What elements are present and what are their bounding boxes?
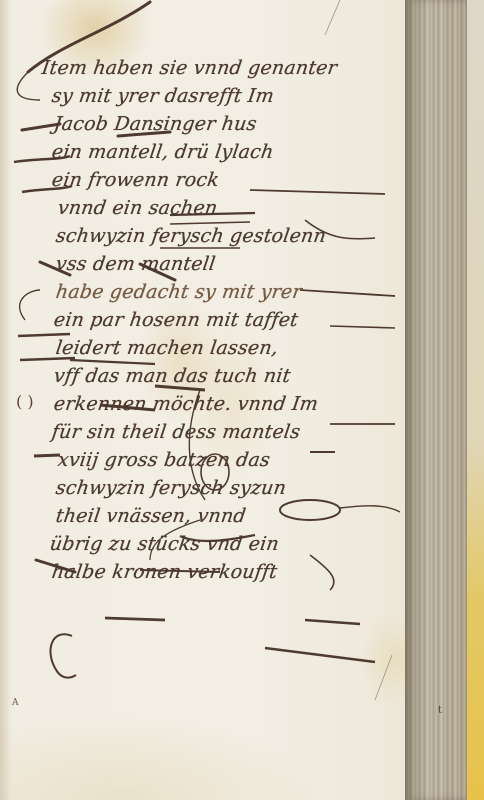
gutter-shadow (0, 0, 10, 800)
text-line: leidert machen lassen, (54, 334, 408, 362)
text-line: vnnd ein sachen (56, 194, 410, 222)
manuscript-leaf: Item haben sie vnnd genanter sy mit yrer… (0, 0, 408, 800)
text-line: xviij gross batzen das (56, 446, 410, 474)
background-band (467, 0, 484, 800)
text-line: schwyzin ferysch syzun (54, 474, 408, 502)
text-line: sy mit yrer dasrefft Im (50, 82, 404, 110)
margin-mark: ( ) (16, 392, 34, 411)
text-line: Jacob Dansinger hus (52, 110, 406, 138)
text-line: theil vnässen, vnnd (54, 502, 408, 530)
text-line: erkennen möchte. vnnd Im (52, 390, 406, 418)
text-line: halbe kronen verkoufft (50, 558, 404, 586)
text-line: habe gedacht sy mit yrer (54, 278, 408, 306)
text-line: ein par hosenn mit taffet (52, 306, 406, 334)
manuscript-photo: Item haben sie vnnd genanter sy mit yrer… (0, 0, 484, 800)
text-line: übrig zu stücks vnd ein (48, 530, 402, 558)
corner-mark: A (12, 698, 19, 708)
handwritten-text-block: Item haben sie vnnd genanter sy mit yrer… (38, 54, 388, 586)
text-line: vss dem mantell (54, 250, 408, 278)
book-page-edges: t (405, 0, 467, 800)
edge-mark: t (438, 705, 442, 716)
text-line: Item haben sie vnnd genanter (40, 54, 394, 82)
text-line: für sin theil dess mantels (50, 418, 404, 446)
text-line: schwyzin ferysch gestolenn (54, 222, 408, 250)
text-line: ein mantell, drü lylach (50, 138, 404, 166)
text-line: ein frowenn rock (50, 166, 404, 194)
text-line: vff das man das tuch nit (52, 362, 406, 390)
